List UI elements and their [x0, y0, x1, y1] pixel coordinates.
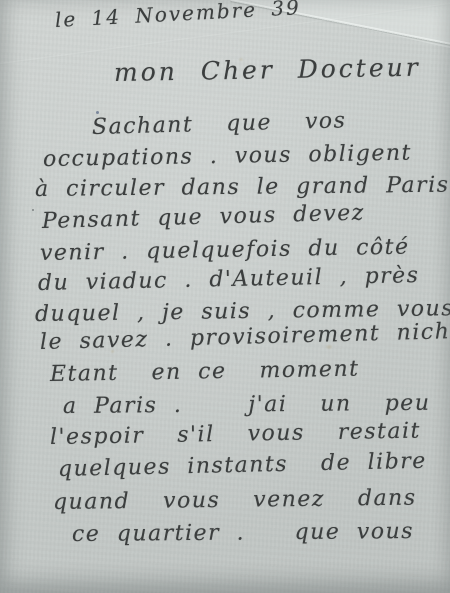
- body-line: venir . quelquefois du côté: [40, 237, 410, 265]
- letter-page: le 14 Novembre 39 mon Cher Docteur Sacha…: [0, 0, 450, 593]
- ink-speck: [32, 209, 34, 211]
- body-line: Pensant que vous devez: [42, 203, 365, 233]
- body-line: a Paris . j'ai un peu: [63, 393, 431, 418]
- salutation-line: mon Cher Docteur: [114, 55, 421, 85]
- date-line: le 14 Novembre 39: [54, 0, 301, 30]
- body-line: quelques instants de libre: [58, 451, 427, 481]
- ink-speck: [96, 111, 99, 114]
- body-line: ce quartier . que vous: [72, 521, 414, 546]
- body-line: occupations . vous obligent: [43, 143, 412, 171]
- body-line: Sachant que vos: [92, 110, 347, 139]
- body-line: du viaduc . d'Auteuil , près: [38, 265, 420, 295]
- body-line: à circuler dans le grand Paris .: [35, 174, 450, 201]
- body-line: l'espoir s'il vous restait: [50, 421, 421, 449]
- body-line: Etant en ce moment: [50, 359, 360, 386]
- body-line: quand vous venez dans: [53, 488, 417, 514]
